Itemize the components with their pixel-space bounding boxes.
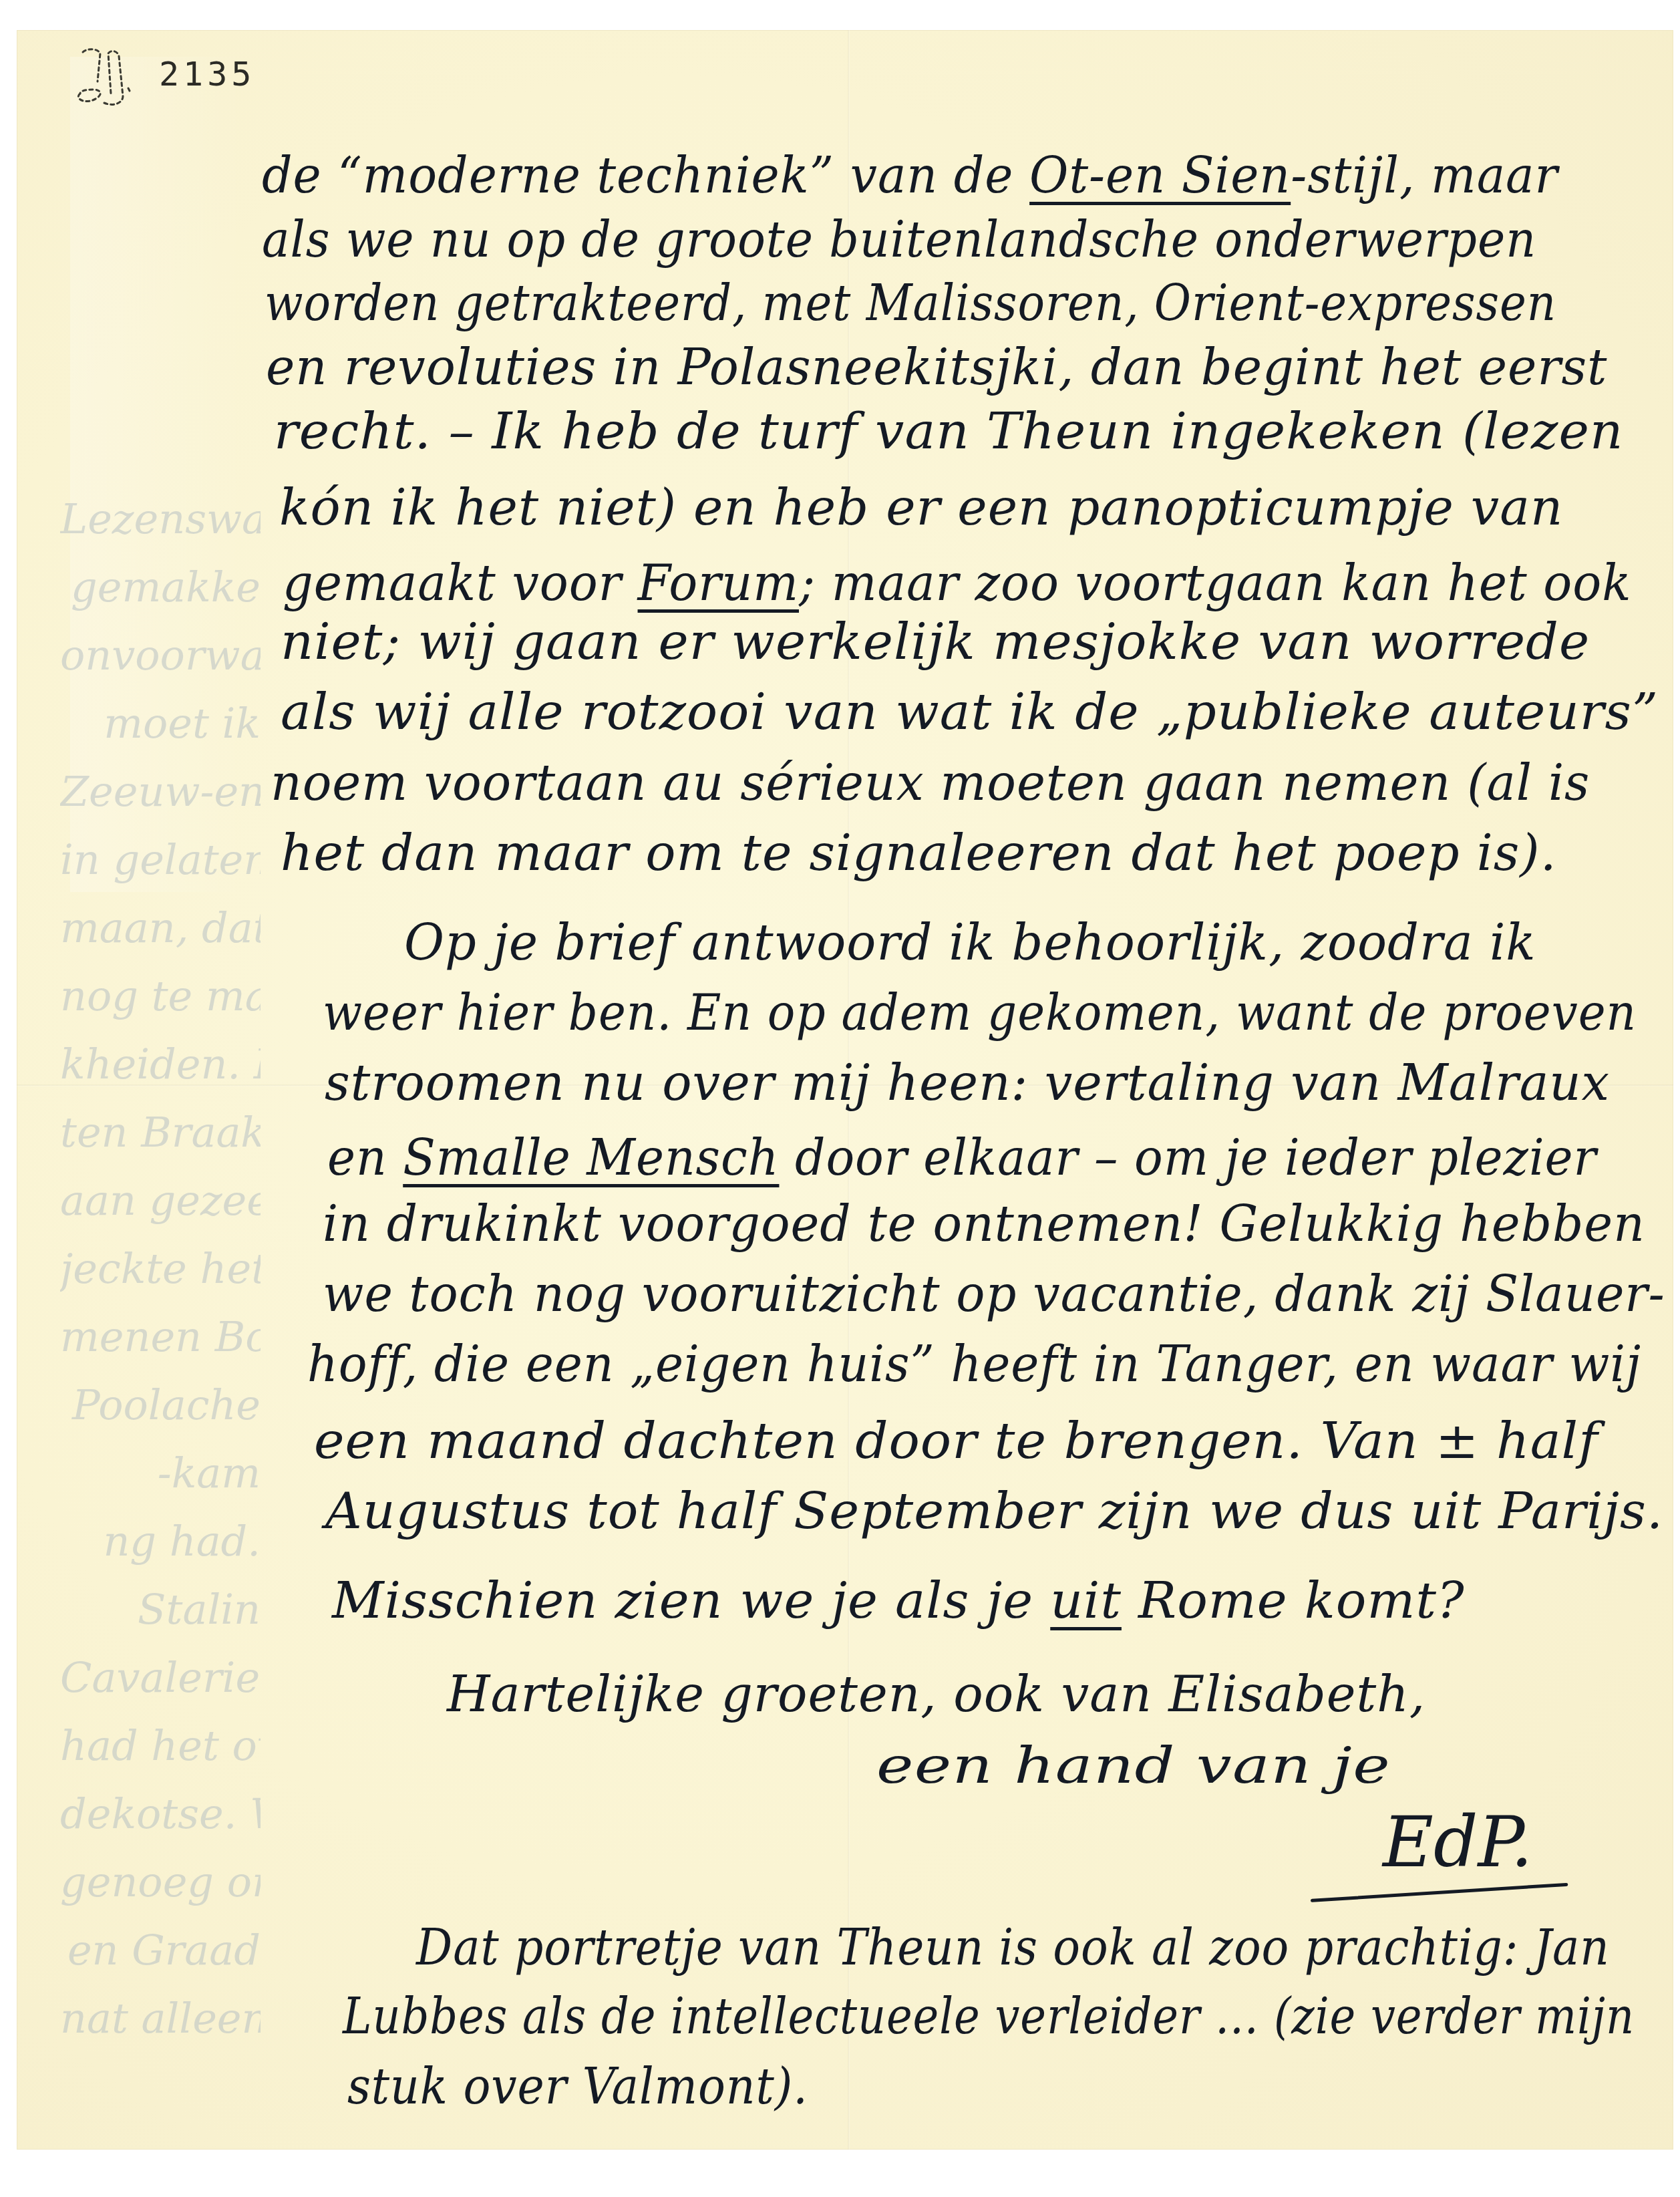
bleed-through-line: kheiden. Die: [60, 1040, 261, 1088]
line-text: een maand dachten door te brengen. Van ±…: [314, 1413, 1599, 1470]
letter-line: gemaakt voor Forum; maar zoo voortgaan k…: [283, 559, 1632, 608]
line-text: -stijl, maar: [1291, 147, 1558, 204]
postscript-line: Lubbes als de intellectueele verleider ……: [343, 1992, 1635, 2041]
bleed-through-line: en Graad: [60, 1926, 261, 1974]
archive-number: 2135: [159, 57, 255, 91]
letter-line: en Smalle Mensch door elkaar – om je ied…: [327, 1133, 1597, 1183]
closing-greeting: Hartelijke groeten, ook van Elisabeth,: [447, 1670, 1425, 1719]
letter-line: de “moderne techniek” van de Ot-en Sien-…: [262, 151, 1558, 200]
line-text: niet; wij gaan er werkelijk mesjokke van…: [281, 613, 1590, 671]
letter-line: niet; wij gaan er werkelijk mesjokke van…: [281, 617, 1590, 667]
bleed-through-line: moet ik: [60, 699, 261, 748]
bleed-through-line: ten Braak: [60, 1108, 261, 1157]
line-text: en: [327, 1129, 403, 1187]
letter-line: stroomen nu over mij heen: vertaling van…: [325, 1058, 1610, 1108]
line-text: als wij alle rotzooi van wat ik de „publ…: [281, 684, 1659, 741]
line-text: Hartelijke groeten, ook van Elisabeth,: [447, 1666, 1425, 1723]
bleed-through-line: Stalin: [60, 1585, 261, 1634]
line-text: door elkaar – om je ieder plezier: [779, 1129, 1597, 1187]
line-text: worden getrakteerd, met Malissoren, Orie…: [265, 275, 1556, 332]
bleed-through-line: Cavalerie dat: [60, 1653, 261, 1702]
line-text: in drukinkt voorgoed te ontnemen! Gelukk…: [323, 1195, 1645, 1253]
underlined-word: Ot-en Sien: [1029, 147, 1291, 204]
line-text: noem voortaan au sérieux moeten gaan nem…: [271, 754, 1590, 812]
postscript-line: stuk over Valmont).: [347, 2062, 808, 2111]
letter-line: als wij alle rotzooi van wat ik de „publ…: [281, 688, 1659, 737]
bleed-through-line: Lezenswaar: [60, 494, 261, 543]
line-text: Op je brief antwoord ik behoorlijk, zood…: [404, 914, 1536, 972]
underlined-word: Smalle Mensch: [403, 1129, 779, 1187]
letter-line: een maand dachten door te brengen. Van ±…: [314, 1417, 1599, 1466]
underlined-word: uit: [1050, 1572, 1122, 1630]
line-text: Rome komt?: [1122, 1572, 1465, 1630]
letter-line: weer hier ben. En op adem gekomen, want …: [323, 988, 1637, 1038]
bleed-through-line: gemakke: [60, 563, 261, 611]
line-text: Misschien zien we je als je: [332, 1572, 1050, 1630]
line-text: ; maar zoo voortgaan kan het ook: [799, 555, 1632, 612]
letter-line: het dan maar om te signaleeren dat het p…: [281, 829, 1557, 878]
bleed-through-line: onvoorwaar-: [60, 631, 261, 680]
letter-line: we toch nog vooruitzicht op vacantie, da…: [323, 1270, 1665, 1319]
bleed-through-line: jeckte het: [60, 1244, 261, 1293]
bleed-through-line: genoeg om: [60, 1858, 261, 1906]
bleed-through-line: -kam: [60, 1449, 261, 1497]
letter-line: en revoluties in Polasneekitsjki, dan be…: [266, 343, 1608, 392]
line-text: en revoluties in Polasneekitsjki, dan be…: [266, 339, 1608, 396]
letter-line: recht. – Ik heb de turf van Theun ingeke…: [274, 407, 1623, 456]
bleed-through-line: in gelaten: [60, 835, 261, 884]
bleed-through-line: ng had.: [60, 1517, 261, 1566]
archive-stamp-icon: [73, 47, 135, 106]
letter-line: Misschien zien we je als je uit Rome kom…: [332, 1576, 1465, 1626]
line-text: Dat portretje van Theun is ook al zoo pr…: [416, 1919, 1610, 1976]
underlined-word: Forum: [638, 555, 799, 612]
signature: EdP.: [1383, 1807, 1532, 1877]
line-text: de “moderne techniek” van de: [262, 147, 1029, 204]
letter-line: kón ik het niet) en heb er een panopticu…: [279, 483, 1563, 533]
letter-line: Op je brief antwoord ik behoorlijk, zood…: [404, 918, 1536, 968]
line-text: een hand van je: [876, 1737, 1391, 1795]
bleed-through-line: dekotse. Wij: [60, 1789, 261, 1838]
letter-line: noem voortaan au sérieux moeten gaan nem…: [271, 758, 1590, 808]
line-text: kón ik het niet) en heb er een panopticu…: [279, 479, 1563, 537]
bleed-through-line: maan, dat je: [60, 903, 261, 952]
line-text: als we nu op de groote buitenlandsche on…: [262, 211, 1536, 269]
postscript-line: Dat portretje van Theun is ook al zoo pr…: [416, 1923, 1610, 1972]
letter-line: als we nu op de groote buitenlandsche on…: [262, 215, 1536, 265]
bleed-through-line: Poolache: [60, 1380, 261, 1429]
line-text: recht. – Ik heb de turf van Theun ingeke…: [274, 403, 1623, 460]
bleed-through-line: aan gezeen: [60, 1176, 261, 1225]
line-text: hoff, die een „eigen huis” heeft in Tang…: [307, 1336, 1641, 1393]
letter-line: Augustus tot half September zijn we dus …: [325, 1487, 1663, 1536]
line-text: Lubbes als de intellectueele verleider ……: [343, 1988, 1635, 2045]
line-text: stuk over Valmont).: [347, 2058, 808, 2115]
letter-line: worden getrakteerd, met Malissoren, Orie…: [265, 279, 1556, 328]
line-text: weer hier ben. En op adem gekomen, want …: [323, 984, 1637, 1042]
bleed-through-line: Zeeuw-en: [60, 767, 261, 816]
line-text: stroomen nu over mij heen: vertaling van…: [325, 1054, 1610, 1112]
letter-line: hoff, die een „eigen huis” heeft in Tang…: [307, 1340, 1641, 1389]
bleed-through-line: nat alleen: [60, 1994, 261, 2043]
line-text: het dan maar om te signaleeren dat het p…: [281, 825, 1557, 882]
closing-hand: een hand van je: [876, 1741, 1391, 1791]
line-text: gemaakt voor: [283, 555, 638, 612]
bleed-through-line: menen Bor-: [60, 1312, 261, 1361]
letter-line: in drukinkt voorgoed te ontnemen! Gelukk…: [323, 1199, 1645, 1249]
line-text: Augustus tot half September zijn we dus …: [325, 1483, 1663, 1540]
line-text: we toch nog vooruitzicht op vacantie, da…: [323, 1266, 1665, 1323]
bleed-through-line: nog te maar: [60, 972, 261, 1020]
bleed-through-line: had het over: [60, 1721, 261, 1770]
